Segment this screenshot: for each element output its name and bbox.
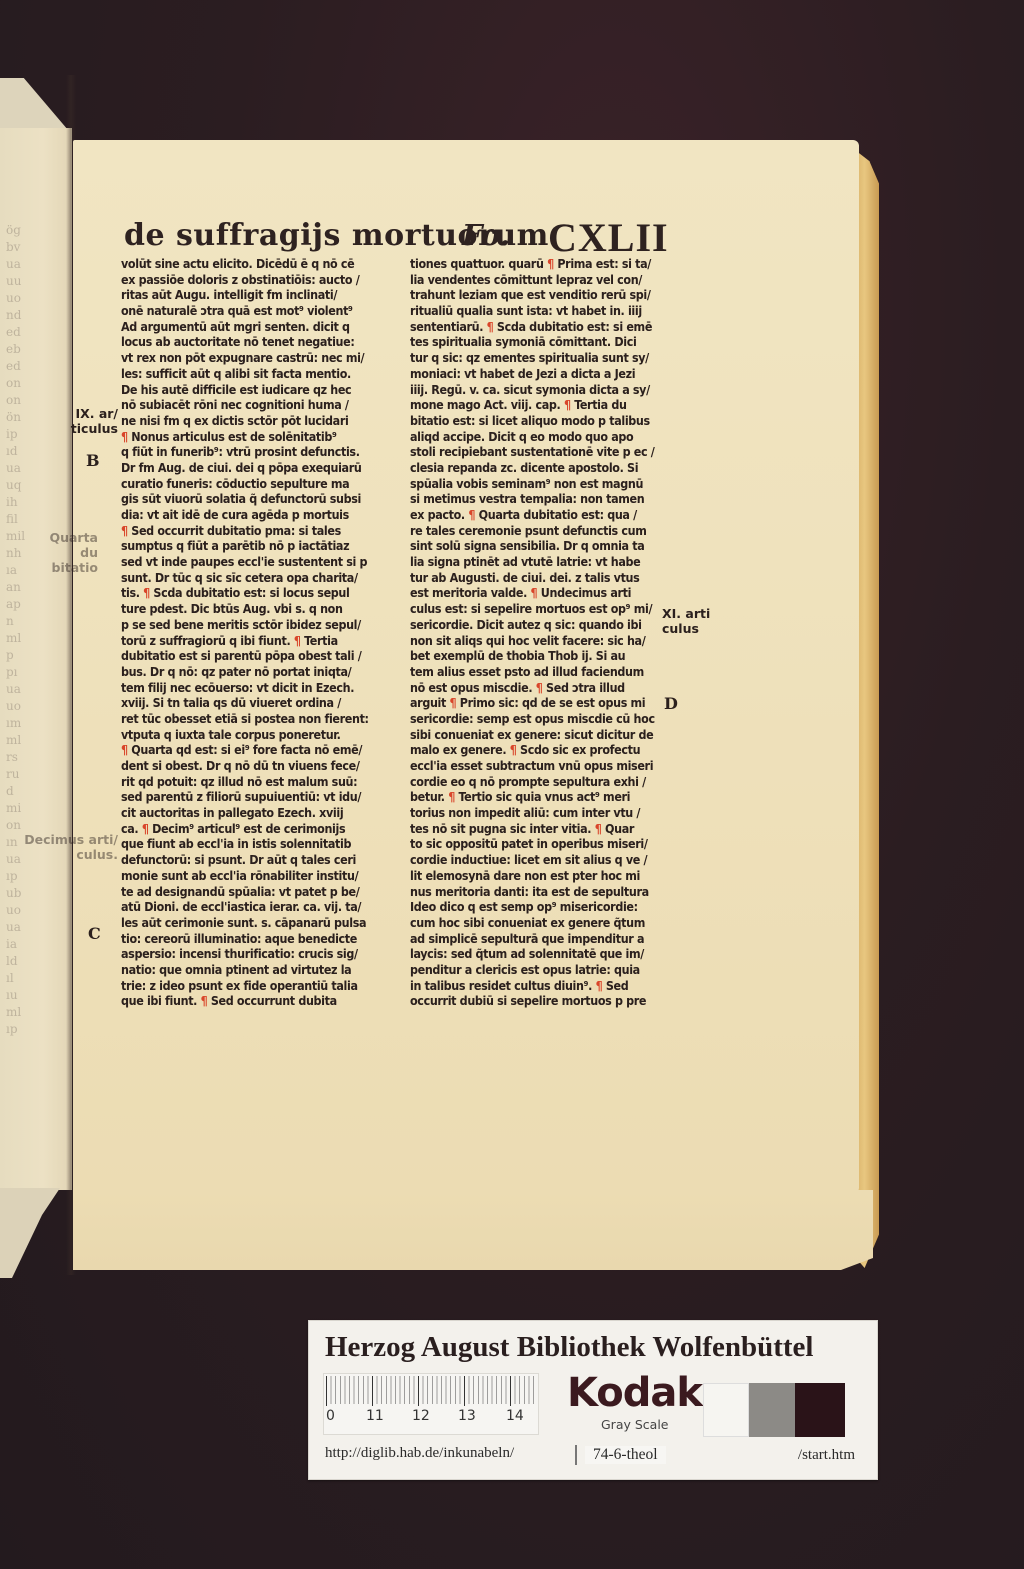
text-line: cum hoc sibi conueniat ex genere q̃tum <box>410 915 680 931</box>
text-line: tes nō sit pugna sic inter vitia. ¶ Quar <box>410 821 680 837</box>
left-page-fragment: rs <box>6 750 64 764</box>
text-line: iiij. Regū. v. ca. sicut symonia dicta a… <box>410 382 680 398</box>
margin-note-ninth-article: IX. ar/ ticulus <box>50 406 118 436</box>
url-prefix: http://diglib.hab.de/inkunabeln/ <box>325 1445 514 1462</box>
left-page-fragment: fil <box>6 512 64 526</box>
text-line: De his autē difficile est iudicare qz he… <box>121 382 391 398</box>
left-page-fragment: p <box>6 648 64 662</box>
text-line: que ibi fiunt. ¶ Sed occurrunt dubita <box>121 993 391 1009</box>
ruler-major-tick <box>418 1376 419 1406</box>
text-line: trahunt leziam que est venditio rerū spi… <box>410 287 680 303</box>
text-line: ex passiōe doloris z obstinatiōis: aucto… <box>121 272 391 288</box>
rubric-mark: ¶ <box>510 742 517 757</box>
left-page-fragment: uu <box>6 274 64 288</box>
text-line: stoli recipiebant sustentationē vite p e… <box>410 444 680 460</box>
left-page-fragment: ua <box>6 257 64 271</box>
text-line: non sit aliqs qui hoc velit facere: sic … <box>410 633 680 649</box>
rubric-mark: ¶ <box>450 695 457 710</box>
text-line: lit elemosynā dare non est pter hoc mi <box>410 868 680 884</box>
swatch-gray <box>749 1383 795 1437</box>
margin-note-question: Quarta du bitatio <box>48 530 98 575</box>
left-page-fragment: ıu <box>6 988 64 1002</box>
shelfmark: 74-6-theol <box>585 1446 666 1464</box>
text-line: betur. ¶ Tertio sic quia vnus act⁹ meri <box>410 789 680 805</box>
text-line: sed parentū z filiorū supuiuentiū: vt id… <box>121 789 391 805</box>
rubric-mark: ¶ <box>596 978 603 993</box>
text-line: moniaci: vt habet de Jezi a dicta a Jezi <box>410 366 680 382</box>
text-line: sericordie: semp est opus miscdie cū hoc <box>410 711 680 727</box>
left-page-fragment: ap <box>6 597 64 611</box>
left-page-fragment: ua <box>6 920 64 934</box>
left-page-text: ögbvuauuuondedebedononönipıduauqihfilmil… <box>6 223 64 1036</box>
left-page-fragment: uo <box>6 699 64 713</box>
text-line: les: sufficit aūt q alibi sit facta ment… <box>121 366 391 382</box>
text-line: cit auctoritas in pallegato Ezech. xviij <box>121 805 391 821</box>
text-line: sericordie. Dicit autez q sic: quando ib… <box>410 617 680 633</box>
text-line: natio: que omnia ptinent ad virtutez la <box>121 962 391 978</box>
text-line: aspersio: incensi thurificatio: crucis s… <box>121 946 391 962</box>
ruler-major-tick <box>464 1376 465 1406</box>
text-line: dubitatio est si parentū pōpa obest tali… <box>121 648 391 664</box>
text-line: Ad argumentū aūt mgri senten. dicit q <box>121 319 391 335</box>
ruler-major-tick <box>510 1376 511 1406</box>
rubric-mark: ¶ <box>487 319 494 334</box>
text-line: atū Dioni. de eccl'iastica ierar. ca. vi… <box>121 899 391 915</box>
left-page-fragment: ml <box>6 733 64 747</box>
left-page-fragment: mi <box>6 801 64 815</box>
text-line: aliqd accipe. Dicit q eo modo quo apo <box>410 429 680 445</box>
text-line: xviij. Si tn talia qs dū viueret ordina … <box>121 695 391 711</box>
text-line: malo ex genere. ¶ Scdo sic ex profectu <box>410 742 680 758</box>
left-page-fragment: ia <box>6 937 64 951</box>
text-line: sed vt inde paupes eccl'ie sustentent si… <box>121 554 391 570</box>
left-page-fragment: ua <box>6 461 64 475</box>
margin-note-tenth-article: Decimus arti/ culus. <box>22 832 118 862</box>
ruler-label: 0 <box>326 1408 335 1424</box>
text-line: ¶ Nonus articulus est de solēnitatib⁹ <box>121 429 391 445</box>
text-line: sibi conueniat ex genere: sicut dicitur … <box>410 727 680 743</box>
scale-ruler: 0 11 12 13 14 <box>323 1373 539 1435</box>
left-page-fragment: ru <box>6 767 64 781</box>
left-page-fragment: ıp <box>6 1022 64 1036</box>
text-line: tes spiritualia symoniā cōmittant. Dici <box>410 334 680 350</box>
left-page-fragment: ua <box>6 682 64 696</box>
text-line: tem filij nec ecōuerso: vt dicit in Ezec… <box>121 680 391 696</box>
text-line: tem alius esset psto ad illud faciendum <box>410 664 680 680</box>
text-line: clesia repanda zc. dicente apostolo. Si <box>410 460 680 476</box>
text-line: vtputa q iuxta tale corpus poneretur. <box>121 727 391 743</box>
margin-note-line: Quarta du <box>48 530 98 560</box>
left-page-fragment: ml <box>6 1005 64 1019</box>
left-page-fragment: eb <box>6 342 64 356</box>
text-line: p se sed bene meritis sctōr ibidez sepul… <box>121 617 391 633</box>
ruler-major-tick <box>372 1376 373 1406</box>
text-line: ritualiū qualia sunt ista: vt habet in. … <box>410 303 680 319</box>
text-line: trie: z ideo psunt ex fide operantiū tal… <box>121 978 391 994</box>
text-line: dia: vt ait idē de cura agēda p mortuis <box>121 507 391 523</box>
rubric-mark: ¶ <box>121 742 128 757</box>
text-line: nus meritoria danti: ita est de sepultur… <box>410 884 680 900</box>
swatch-white <box>703 1383 749 1437</box>
text-line: onē naturalē ɔtra quā est mot⁹ violent⁹ <box>121 303 391 319</box>
text-line: bus. Dr q nō: qz pater nō portat iniqta/ <box>121 664 391 680</box>
text-line: nō subiacēt rōni nec cognitioni huma / <box>121 397 391 413</box>
left-page-fragment: pı <box>6 665 64 679</box>
text-line: re tales ceremonie psunt defunctis cum <box>410 523 680 539</box>
text-line: rit qd potuit: qz illud nō est malum suū… <box>121 774 391 790</box>
page-bottom-margin <box>73 1190 873 1270</box>
left-page-fragment: ıd <box>6 444 64 458</box>
rubric-mark: ¶ <box>468 507 475 522</box>
text-line: les aūt cerimonie sunt. s. cāpanarū puls… <box>121 915 391 931</box>
kodak-logo: Kodak <box>567 1371 702 1415</box>
rubric-mark: ¶ <box>143 585 150 600</box>
text-line: laycis: sed q̃tum ad solennitatē que im/ <box>410 946 680 962</box>
rubric-mark: ¶ <box>121 429 128 444</box>
text-line: to sic oppositū patet in operibus miseri… <box>410 836 680 852</box>
rubric-mark: ¶ <box>201 993 208 1008</box>
text-line: si metimus vestra tempalia: non tamen <box>410 491 680 507</box>
left-page-fragment: ed <box>6 359 64 373</box>
text-line: ture pdest. Dic btūs Aug. vbi s. q non <box>121 601 391 617</box>
ruler-label: 13 <box>458 1408 476 1424</box>
margin-note-line: bitatio <box>48 560 98 575</box>
text-line: ¶ Sed occurrit dubitatio pma: si tales <box>121 523 391 539</box>
left-page-fragment: ıl <box>6 971 64 985</box>
left-page-fragment: nd <box>6 308 64 322</box>
text-line: tiones quattuor. quarū ¶ Prima est: si t… <box>410 256 680 272</box>
text-line: lia signa ptinēt ad vtutē latrie: vt hab… <box>410 554 680 570</box>
left-page-fragment: uq <box>6 478 64 492</box>
left-page-fragment: uo <box>6 903 64 917</box>
text-line: mone mago Act. viij. cap. ¶ Tertia du <box>410 397 680 413</box>
text-line: in talibus residet cultus diuin⁹. ¶ Sed <box>410 978 680 994</box>
left-page-fragment: ld <box>6 954 64 968</box>
ruler-label: 11 <box>366 1408 384 1424</box>
left-page: ögbvuauuuondedebedononönipıduauqihfilmil… <box>0 128 72 1190</box>
text-line: lia vendentes cōmittunt lepraz vel con/ <box>410 272 680 288</box>
left-page-fragment: uo <box>6 291 64 305</box>
text-line: ad simplicē sepulturā que impenditur a <box>410 931 680 947</box>
margin-note-line: XI. arti <box>662 606 732 621</box>
margin-note-line: culus <box>662 621 732 636</box>
margin-note-line: culus. <box>22 847 118 862</box>
text-line: ret tūc obesset etiā si postea non fiere… <box>121 711 391 727</box>
text-line: sumptus q fiūt a parētib nō p iactātiaz <box>121 538 391 554</box>
rubric-mark: ¶ <box>142 821 149 836</box>
text-line: Dr fm Aug. de ciui. dei q pōpa exequiarū <box>121 460 391 476</box>
text-line: tur q sic: qz ementes spiritualia sunt s… <box>410 350 680 366</box>
rubric-mark: ¶ <box>531 585 538 600</box>
margin-note-line: ticulus <box>50 421 118 436</box>
text-line: sunt. Dr tūc q sic sīc cetera opa charit… <box>121 570 391 586</box>
text-line: torius non impedit aliū: cum inter vtu / <box>410 805 680 821</box>
left-page-fragment: on <box>6 393 64 407</box>
text-line: ritas aūt Augu. intelligit fm inclinati/ <box>121 287 391 303</box>
margin-letter-b: B <box>86 451 100 470</box>
text-line: cordie eo q nō prompte sepultura exhi / <box>410 774 680 790</box>
text-line: gis sūt viuorū solatia q̃ defunctorū sub… <box>121 491 391 507</box>
margin-letter-c: C <box>88 924 101 943</box>
left-page-fragment: ub <box>6 886 64 900</box>
text-line: tur ab Augusti. de ciui. dei. z talis vt… <box>410 570 680 586</box>
text-line: torū z suffragiorū q ibi fiunt. ¶ Tertia <box>121 633 391 649</box>
text-line: tio: cereorū illuminatio: aque benedicte <box>121 931 391 947</box>
left-page-fragment: an <box>6 580 64 594</box>
text-line: arguit ¶ Primo sic: qd de se est opus mi <box>410 695 680 711</box>
ruler-labels: 0 11 12 13 14 <box>324 1408 540 1428</box>
left-page-fragment: ög <box>6 223 64 237</box>
library-target-card: Herzog August Bibliothek Wolfenbüttel 0 … <box>308 1320 878 1480</box>
text-line: occurrit dubiū si sepelire mortuos p pre <box>410 993 680 1009</box>
ruler-ticks <box>326 1376 536 1404</box>
text-line: monie sunt ab eccl'ia rōnabiliter instit… <box>121 868 391 884</box>
margin-note-line: Decimus arti/ <box>22 832 118 847</box>
text-line: que fiunt ab eccl'ia in istis solennitat… <box>121 836 391 852</box>
text-line: bet exemplū de thobia Thob ij. Si au <box>410 648 680 664</box>
text-line: nō est opus miscdie. ¶ Sed ɔtra illud <box>410 680 680 696</box>
ruler-major-tick <box>326 1376 327 1406</box>
swatch-black <box>795 1383 845 1437</box>
left-page-fragment: bv <box>6 240 64 254</box>
margin-note-line: IX. ar/ <box>50 406 118 421</box>
text-line: penditur a clericis est opus latrie: qui… <box>410 962 680 978</box>
text-line: curatio funeris: cōductio sepulture ma <box>121 476 391 492</box>
text-line: vt rex non pōt expugnare castrū: nec mi/ <box>121 350 391 366</box>
text-line: eccl'ia esset subtractum vnū opus miseri <box>410 758 680 774</box>
text-line: sint solū signa sensibilia. Dr q omnia t… <box>410 538 680 554</box>
ruler-label: 12 <box>412 1408 430 1424</box>
text-line: cordie inductiue: licet em sit alius q v… <box>410 852 680 868</box>
text-line: ex pacto. ¶ Quarta dubitatio est: qua / <box>410 507 680 523</box>
left-page-fragment: on <box>6 818 64 832</box>
text-line: Ideo dico q est semp op⁹ misericordie: <box>410 899 680 915</box>
text-line: est meritoria valde. ¶ Undecimus arti <box>410 585 680 601</box>
text-line: q fiūt in funerib⁹: vtrū prosint defunct… <box>121 444 391 460</box>
text-line: dent si obest. Dr q nō dū tn viuens fece… <box>121 758 391 774</box>
ruler-label: 14 <box>506 1408 524 1424</box>
text-line: sententiarū. ¶ Scda dubitatio est: si em… <box>410 319 680 335</box>
folio-label: Fo. <box>462 218 510 252</box>
text-line: volūt sine actu elicito. Dicēdū ē q nō c… <box>121 256 391 272</box>
left-page-fragment: ım <box>6 716 64 730</box>
library-name: Herzog August Bibliothek Wolfenbüttel <box>325 1331 813 1364</box>
rubric-mark: ¶ <box>121 523 128 538</box>
left-page-fragment: ih <box>6 495 64 509</box>
text-line: ca. ¶ Decim⁹ articul⁹ est de cerimonijs <box>121 821 391 837</box>
text-column-left: volūt sine actu elicito. Dicēdū ē q nō c… <box>121 256 391 1009</box>
text-line: defunctorū: si psunt. Dr aūt q tales cer… <box>121 852 391 868</box>
text-line: spūalia vobis seminam⁹ non est magnū <box>410 476 680 492</box>
text-line: ne nisi fm q ex dictis sctōr pōt lucidar… <box>121 413 391 429</box>
left-page-fragment: ıp <box>6 869 64 883</box>
gray-scale-label: Gray Scale <box>601 1417 669 1432</box>
margin-letter-d: D <box>664 694 678 713</box>
text-line: ¶ Quarta qd est: si ei⁹ fore facta nō em… <box>121 742 391 758</box>
url-suffix: /start.htm <box>798 1447 855 1464</box>
text-line: locus ab auctoritate nō tenet negatiue: <box>121 334 391 350</box>
margin-note-eleventh-article: XI. arti culus <box>662 606 732 636</box>
left-page-fragment: n <box>6 614 64 628</box>
folio-number: CXLII <box>548 214 669 261</box>
text-line: te ad designandū spūalia: vt patet p be/ <box>121 884 391 900</box>
text-line: tis. ¶ Scda dubitatio est: si locus sepu… <box>121 585 391 601</box>
rubric-mark: ¶ <box>536 680 543 695</box>
left-page-fragment: ml <box>6 631 64 645</box>
shelfmark-divider <box>575 1445 577 1465</box>
rubric-mark: ¶ <box>595 821 602 836</box>
rubric-mark: ¶ <box>547 256 554 271</box>
text-line: bitatio est: si licet aliquo modo p tali… <box>410 413 680 429</box>
text-line: culus est: si sepelire mortuos est op⁹ m… <box>410 601 680 617</box>
left-page-fragment: ed <box>6 325 64 339</box>
text-column-right: tiones quattuor. quarū ¶ Prima est: si t… <box>410 256 680 1009</box>
rubric-mark: ¶ <box>448 789 455 804</box>
rubric-mark: ¶ <box>294 633 301 648</box>
rubric-mark: ¶ <box>564 397 571 412</box>
left-page-fragment: on <box>6 376 64 390</box>
left-page-fragment: d <box>6 784 64 798</box>
